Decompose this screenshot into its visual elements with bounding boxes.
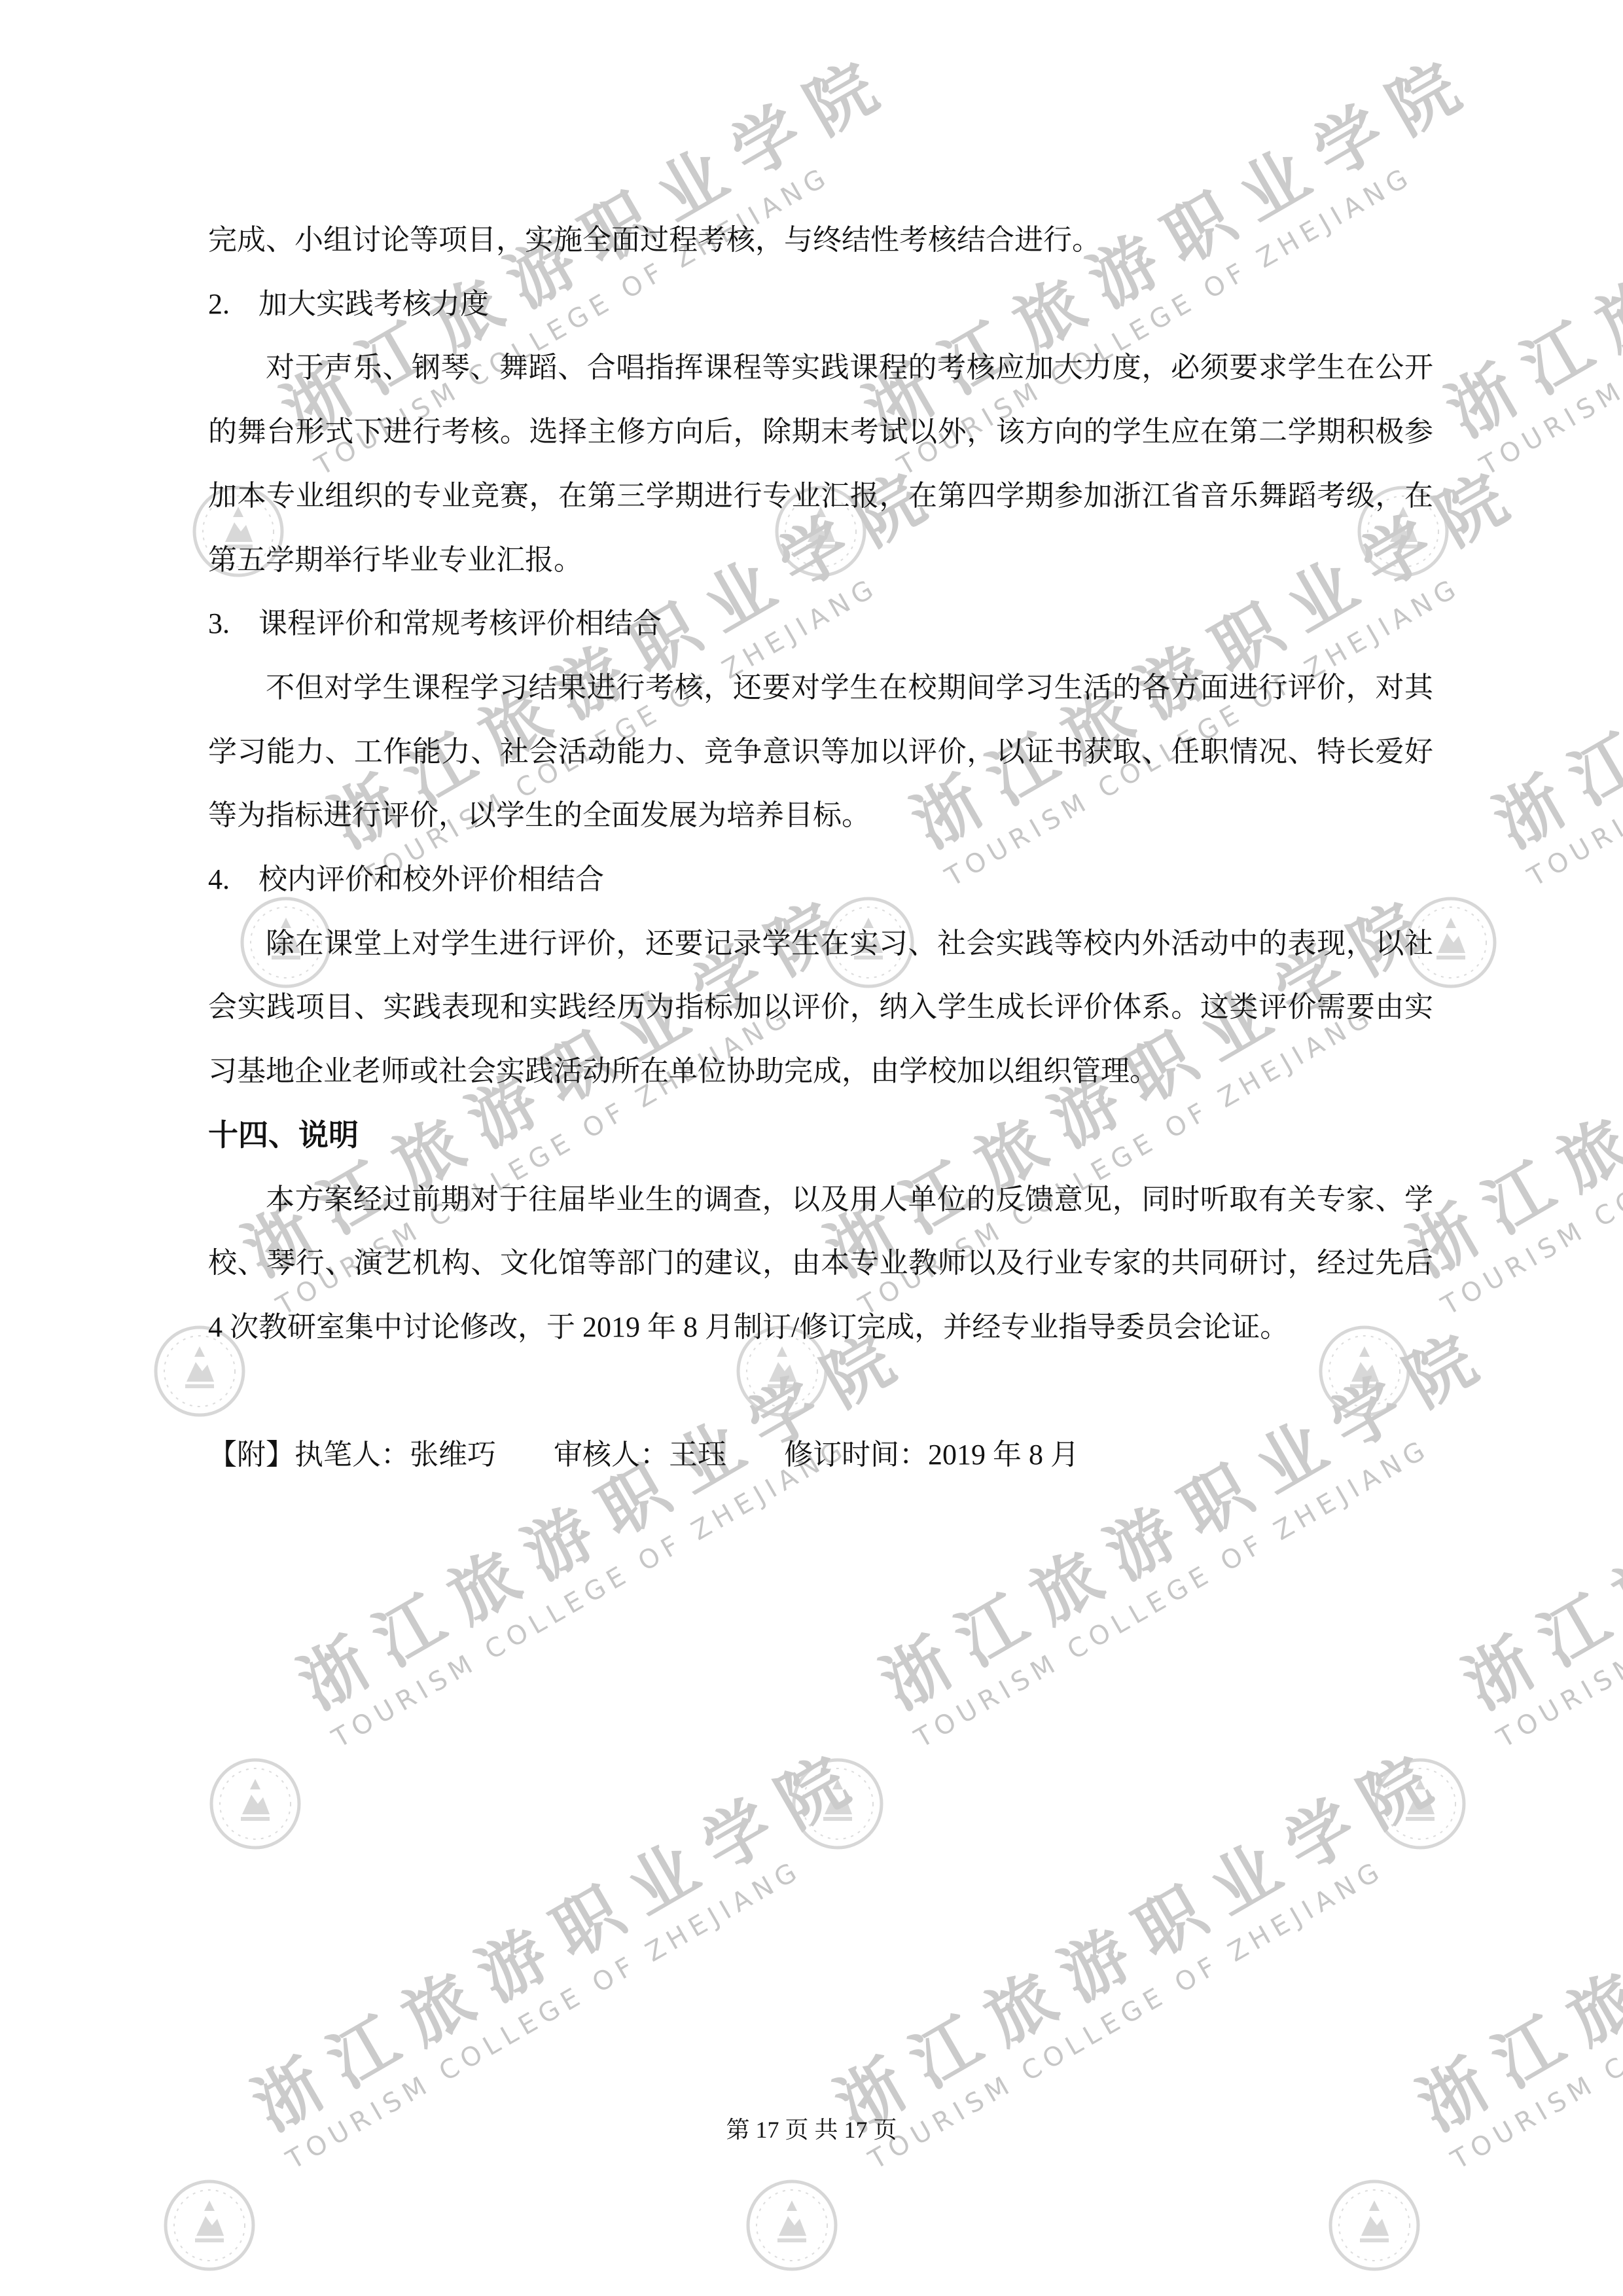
watermark-text: 浙江旅游职业学院TOURISM COLLEGE OF ZHEJIANG: [242, 1736, 895, 2176]
watermark-cn-text: 浙江旅游职业学院: [1407, 1736, 1623, 2144]
college-seal-icon: [208, 1757, 302, 1851]
watermark-text: 浙江旅游职业学院TOURISM COLLEGE OF ZHEJIANG: [825, 1736, 1478, 2176]
college-seal-icon: [162, 2178, 257, 2272]
watermark: 浙江旅游职业学院TOURISM COLLEGE OF ZHEJIANG: [208, 1757, 302, 1851]
college-seal-icon: [745, 2178, 839, 2272]
page-indicator: 第 17 页 共 17 页: [726, 2117, 897, 2143]
blank-line: [208, 1359, 1433, 1424]
college-seal-icon: [1327, 2178, 1421, 2272]
list-item-2: 2. 加大实践考核力度: [208, 272, 1433, 336]
watermark-text: 浙江旅游职业学院TOURISM COLLEGE OF ZHEJIANG: [1436, 42, 1623, 482]
attachment-line: 【附】执笔人：张维巧 审核人：王珏 修订时间：2019 年 8 月: [208, 1423, 1433, 1487]
watermark-cn-text: 浙江旅游职业学院: [1436, 42, 1623, 450]
watermark: 浙江旅游职业学院TOURISM COLLEGE OF ZHEJIANG: [745, 2178, 839, 2272]
watermark-cn-text: 浙江旅游职业学院: [242, 1736, 877, 2144]
watermark-en-text: TOURISM COLLEGE OF ZHEJIANG: [1492, 1382, 1623, 1754]
paragraph-campus-evaluation: 除在课堂上对学生进行评价，还要记录学生在实习、社会实践等校内外活动中的表现，以社…: [208, 912, 1433, 1103]
watermark: 浙江旅游职业学院TOURISM COLLEGE OF ZHEJIANG: [791, 1757, 885, 1851]
paragraph-course-evaluation: 不但对学生课程学习结果进行考核，还要对学生在校期间学习生活的各方面进行评价，对其…: [208, 656, 1433, 848]
watermark: 浙江旅游职业学院TOURISM COLLEGE OF ZHEJIANG: [1327, 2178, 1421, 2272]
watermark-cn-text: 浙江旅游职业学院: [1484, 453, 1623, 861]
watermark: 浙江旅游职业学院TOURISM COLLEGE OF ZHEJIANG: [162, 2178, 257, 2272]
watermark-en-text: TOURISM COLLEGE OF ZHEJIANG: [1436, 950, 1623, 1321]
college-seal-icon: [791, 1757, 885, 1851]
watermark-text: 浙江旅游职业学院TOURISM COLLEGE OF ZHEJIANG: [1453, 1314, 1623, 1754]
document-body: 完成、小组讨论等项目，实施全面过程考核，与终结性考核结合进行。 2. 加大实践考…: [208, 208, 1433, 1487]
watermark-en-text: TOURISM COLLEGE OF ZHEJIANG: [1475, 110, 1623, 482]
watermark-cn-text: 浙江旅游职业学院: [1453, 1314, 1623, 1722]
paragraph-practice-assessment: 对于声乐、钢琴、舞蹈、合唱指挥课程等实践课程的考核应加大力度，必须要求学生在公开…: [208, 336, 1433, 592]
watermark-text: 浙江旅游职业学院TOURISM COLLEGE OF ZHEJIANG: [1407, 1736, 1623, 2176]
paragraph-continuation: 完成、小组讨论等项目，实施全面过程考核，与终结性考核结合进行。: [208, 208, 1433, 272]
college-seal-icon: [1373, 1757, 1467, 1851]
watermark-text: 浙江旅游职业学院TOURISM COLLEGE OF ZHEJIANG: [1484, 453, 1623, 893]
list-item-3: 3. 课程评价和常规考核评价相结合: [208, 592, 1433, 656]
page-footer: 第 17 页 共 17 页: [0, 2111, 1623, 2145]
paragraph-explanation: 本方案经过前期对于往届毕业生的调查，以及用人单位的反馈意见，同时听取有关专家、学…: [208, 1168, 1433, 1359]
document-page: 浙江旅游职业学院TOURISM COLLEGE OF ZHEJIANG 浙江旅游…: [0, 0, 1623, 2296]
list-item-4: 4. 校内评价和校外评价相结合: [208, 848, 1433, 912]
watermark: 浙江旅游职业学院TOURISM COLLEGE OF ZHEJIANG: [1373, 1757, 1467, 1851]
watermark-en-text: TOURISM COLLEGE OF ZHEJIANG: [1523, 521, 1623, 893]
section-heading-14: 十四、说明: [208, 1103, 1433, 1168]
watermark-cn-text: 浙江旅游职业学院: [825, 1736, 1459, 2144]
